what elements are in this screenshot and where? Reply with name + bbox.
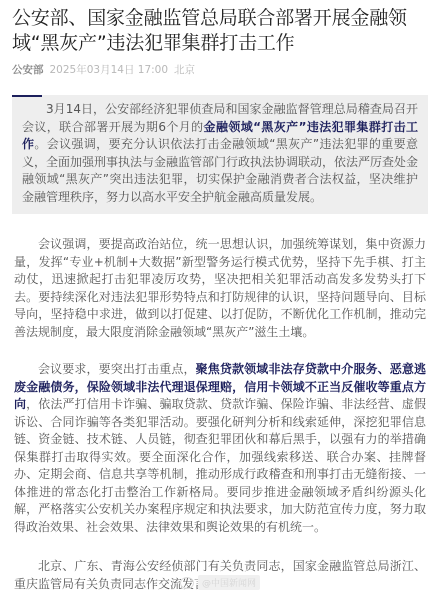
article-source[interactable]: 公安部	[12, 62, 44, 77]
article: 公安部、国家金融监管总局联合部署开展金融领域“黑灰产”违法犯罪集群打击工作 公安…	[0, 0, 440, 593]
article-meta: 公安部 2025年03月14日 17:00 北京	[12, 62, 428, 77]
paragraph-2-part2: ，依法严打信用卡诈骗、骗取贷款、贷款诈骗、保险诈骗、非法经营、虚假诉讼、合同诈骗…	[14, 397, 426, 534]
paragraph-1: 会议强调，要提高政治站位，统一思想认识，加强统筹谋划，集中资源力量，发挥“专业+…	[12, 236, 428, 341]
summary-text: 3月14日，公安部经济犯罪侦查局和国家金融监督管理总局稽查局召开会议，联合部署开…	[22, 101, 418, 206]
summary-accent-bar	[12, 95, 42, 97]
summary-box: 3月14日，公安部经济犯罪侦查局和国家金融监督管理总局稽查局召开会议，联合部署开…	[12, 95, 428, 214]
summary-part2: 。会议强调，要充分认识依法打击金融领域“黑灰产”违法犯罪的重要意义，全面加强刑事…	[22, 137, 418, 204]
weibo-icon	[180, 577, 194, 589]
watermark-text: @中国新闻网	[198, 575, 260, 590]
article-datetime: 2025年03月14日 17:00	[50, 62, 169, 77]
paragraph-2-part1: 会议要求，要突出打击重点，	[38, 362, 196, 376]
article-location: 北京	[174, 62, 195, 77]
article-title: 公安部、国家金融监管总局联合部署开展金融领域“黑灰产”违法犯罪集群打击工作	[12, 6, 428, 56]
paragraph-2: 会议要求，要突出打击重点，聚焦贷款领域非法存贷款中介服务、恶意逃废金融债务，保险…	[12, 361, 428, 536]
watermark: @中国新闻网	[180, 575, 260, 590]
